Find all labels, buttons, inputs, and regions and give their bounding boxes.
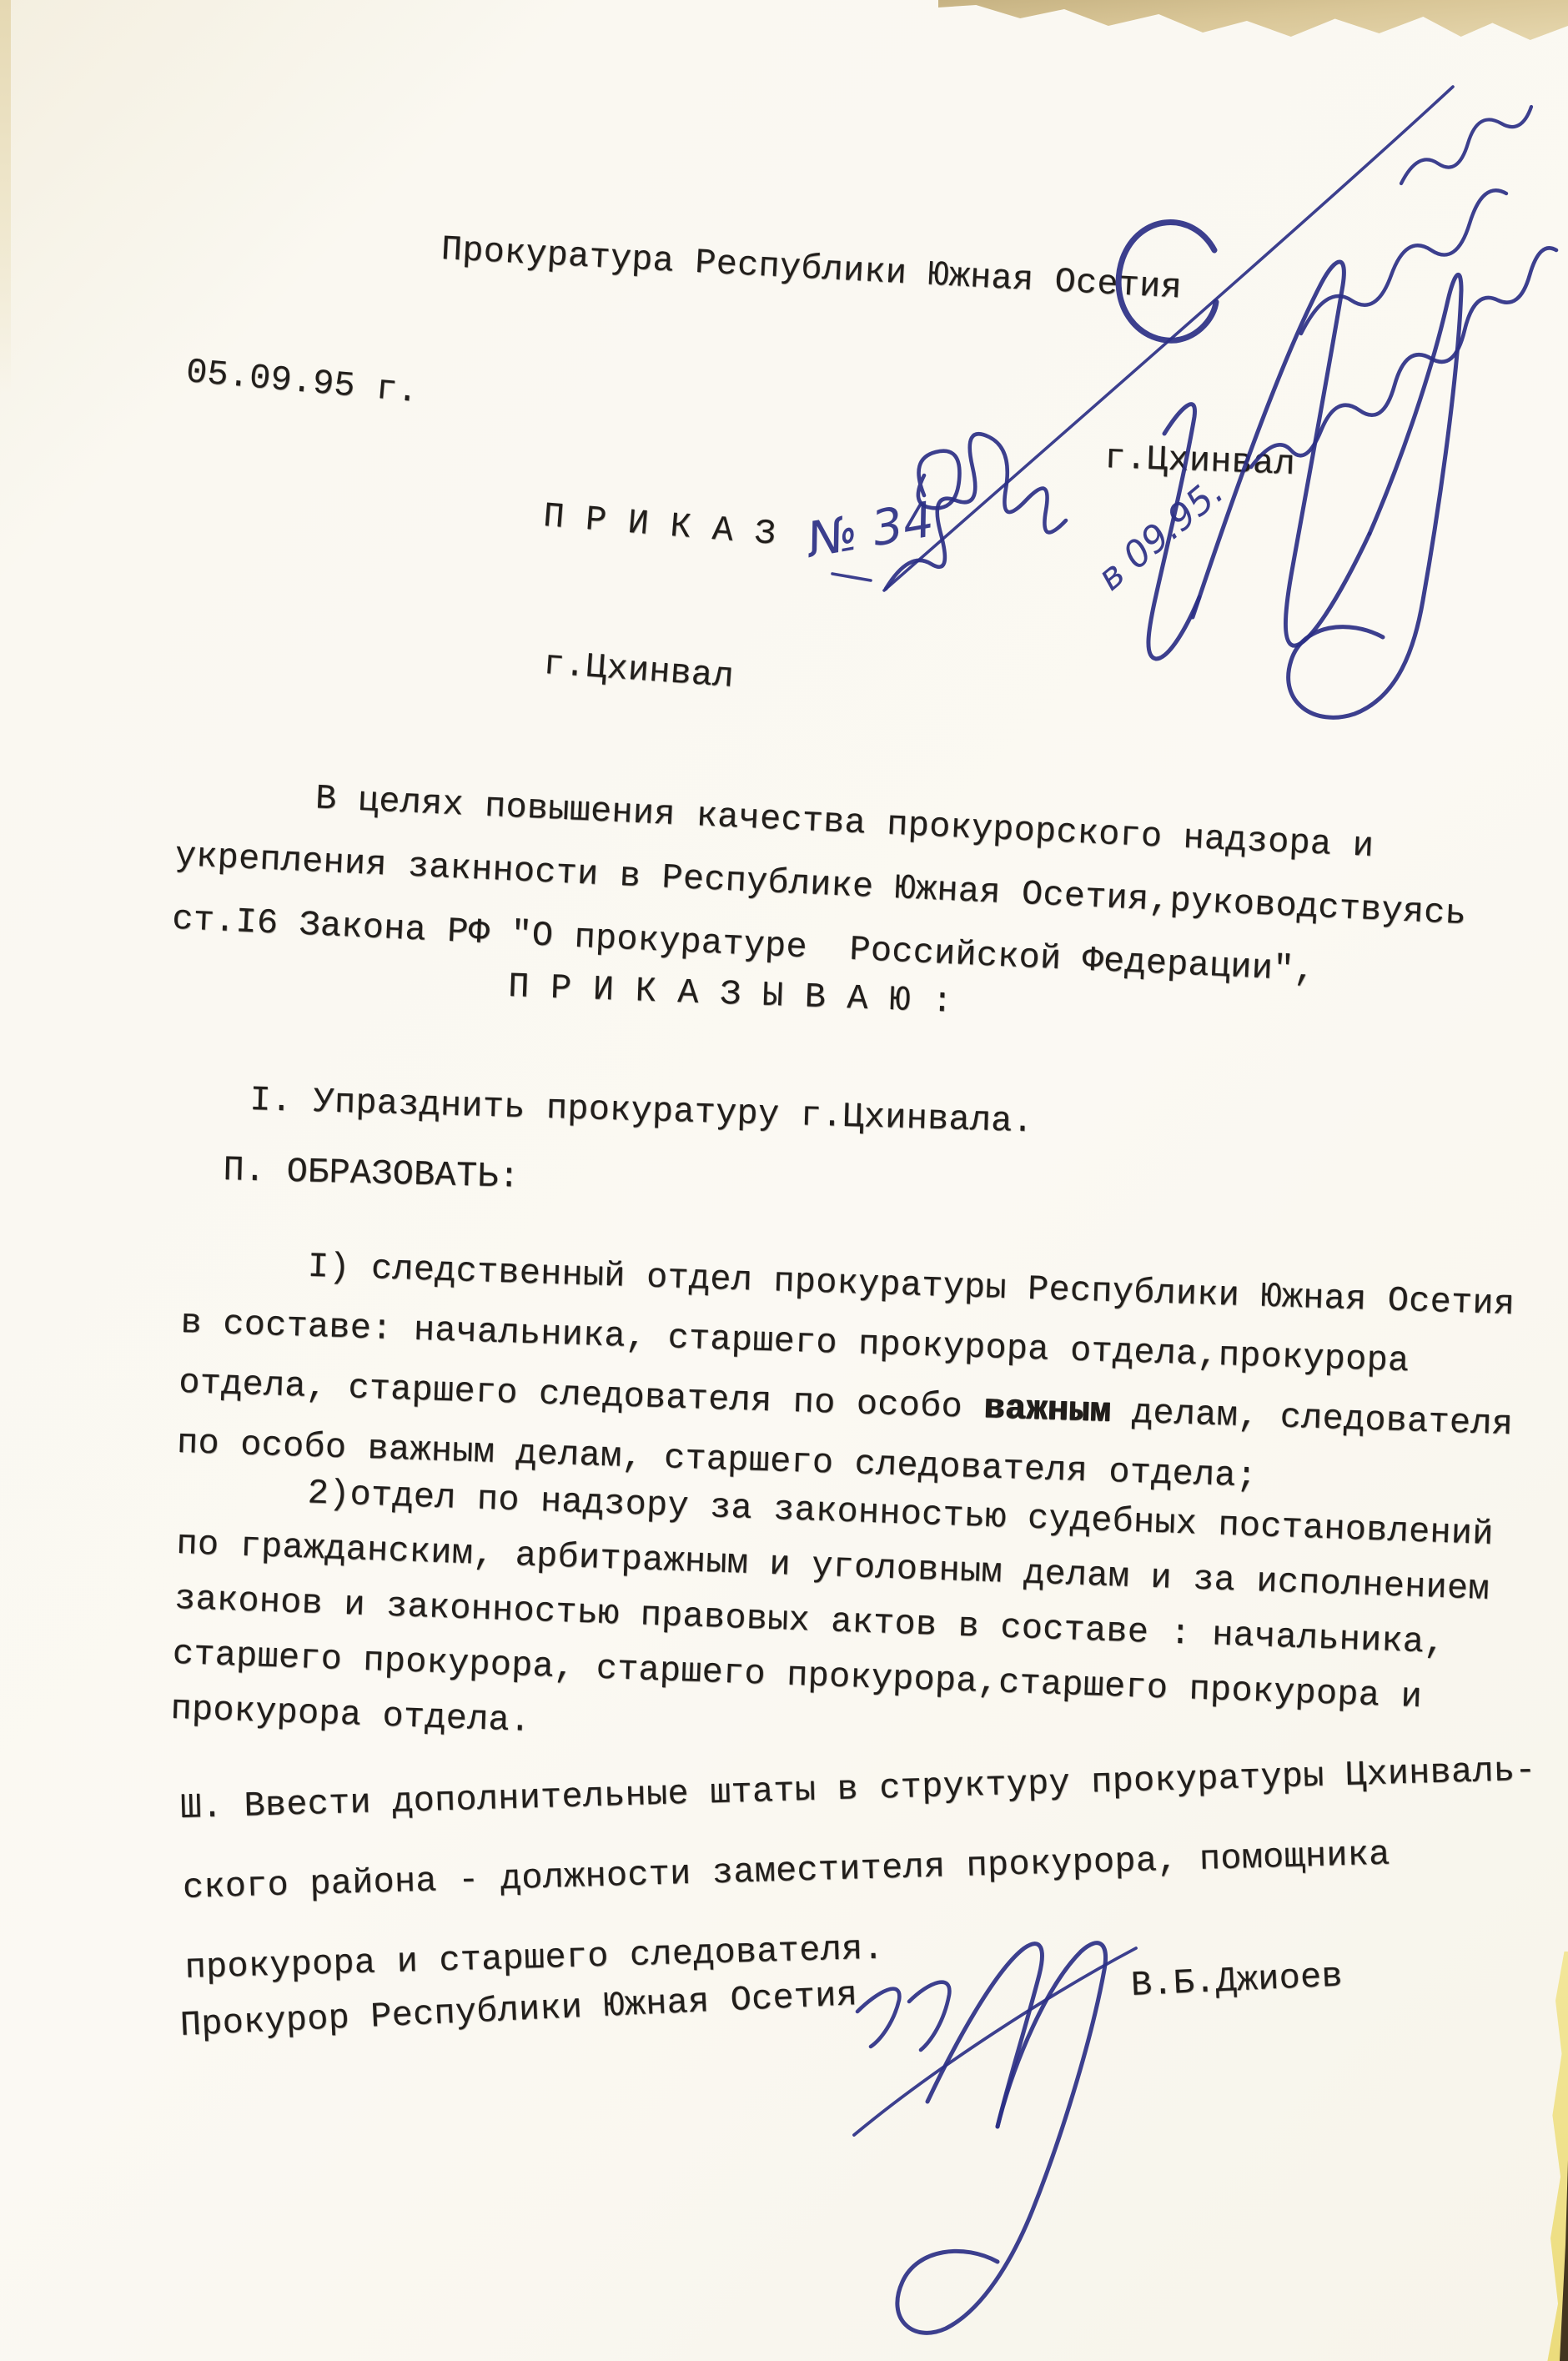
signature-bottom-flourish [854, 1943, 1136, 2333]
scanned-order-document: Прокуратура Республики Южная Осетия 05.0… [0, 0, 1568, 2361]
order-number-text: № 34 [801, 490, 938, 569]
handwriting-layer: № 34 в 09.95. [0, 0, 1568, 2361]
handwritten-order-number: № 34 [801, 490, 938, 580]
handwritten-scrawl-top-right [1251, 107, 1556, 467]
handwritten-letter-c [1118, 223, 1216, 341]
